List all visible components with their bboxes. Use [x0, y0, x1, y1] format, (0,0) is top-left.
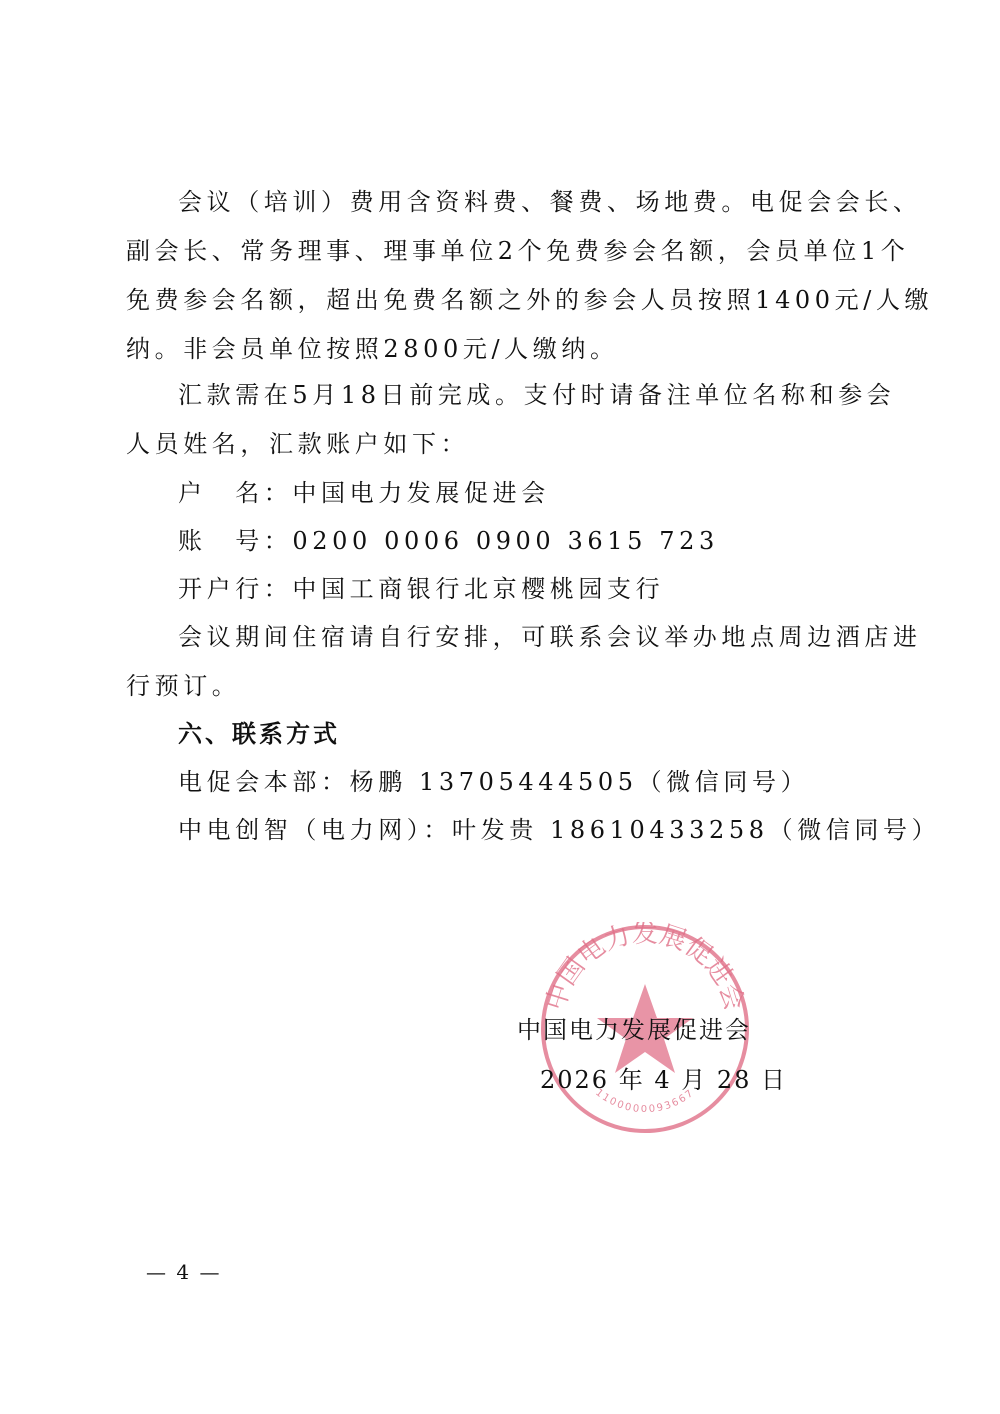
lodging-paragraph-line-1: 会议期间住宿请自行安排，可联系会议举办地点周边酒店进 [178, 622, 922, 652]
signature-date: 2026 年 4 月 28 日 [540, 1060, 787, 1095]
bank-label: 开户行： [178, 575, 292, 603]
account-number-label: 账 号： [178, 527, 292, 555]
signature-organization: 中国电力发展促进会 [517, 1010, 751, 1045]
contact-line-2: 中电创智（电力网）：叶发贵 18610433258（微信同号） [178, 815, 940, 845]
fee-paragraph-line-1: 会议（培训）费用含资料费、餐费、场地费。电促会会长、 [178, 187, 922, 217]
payment-paragraph-line-2: 人员姓名，汇款账户如下： [126, 429, 469, 459]
account-name-value: 中国电力发展促进会 [292, 479, 549, 507]
fee-paragraph-line-2: 副会长、常务理事、理事单位2个免费参会名额，会员单位1个 [126, 236, 909, 266]
payment-paragraph-line-1: 汇款需在5月18日前完成。支付时请备注单位名称和参会 [178, 380, 895, 410]
account-number-value: 0200 0006 0900 3615 723 [292, 527, 718, 555]
page-number: — 4 — [146, 1260, 221, 1284]
bank-value: 中国工商银行北京樱桃园支行 [292, 575, 664, 603]
contact-line-1: 电促会本部：杨鹏 13705444505（微信同号） [178, 767, 809, 797]
bank-row: 开户行：中国工商银行北京樱桃园支行 [178, 574, 664, 604]
lodging-paragraph-line-2: 行预订。 [126, 671, 240, 701]
account-number-row: 账 号：0200 0006 0900 3615 723 [178, 526, 719, 556]
account-name-row: 户 名：中国电力发展促进会 [178, 478, 550, 508]
section-heading-contact: 六、联系方式 [178, 719, 340, 749]
account-name-label: 户 名： [178, 479, 292, 507]
fee-paragraph-line-4: 纳。非会员单位按照2800元/人缴纳。 [126, 334, 619, 364]
fee-paragraph-line-3: 免费参会名额，超出免费名额之外的参会人员按照1400元/人缴 [126, 285, 933, 315]
